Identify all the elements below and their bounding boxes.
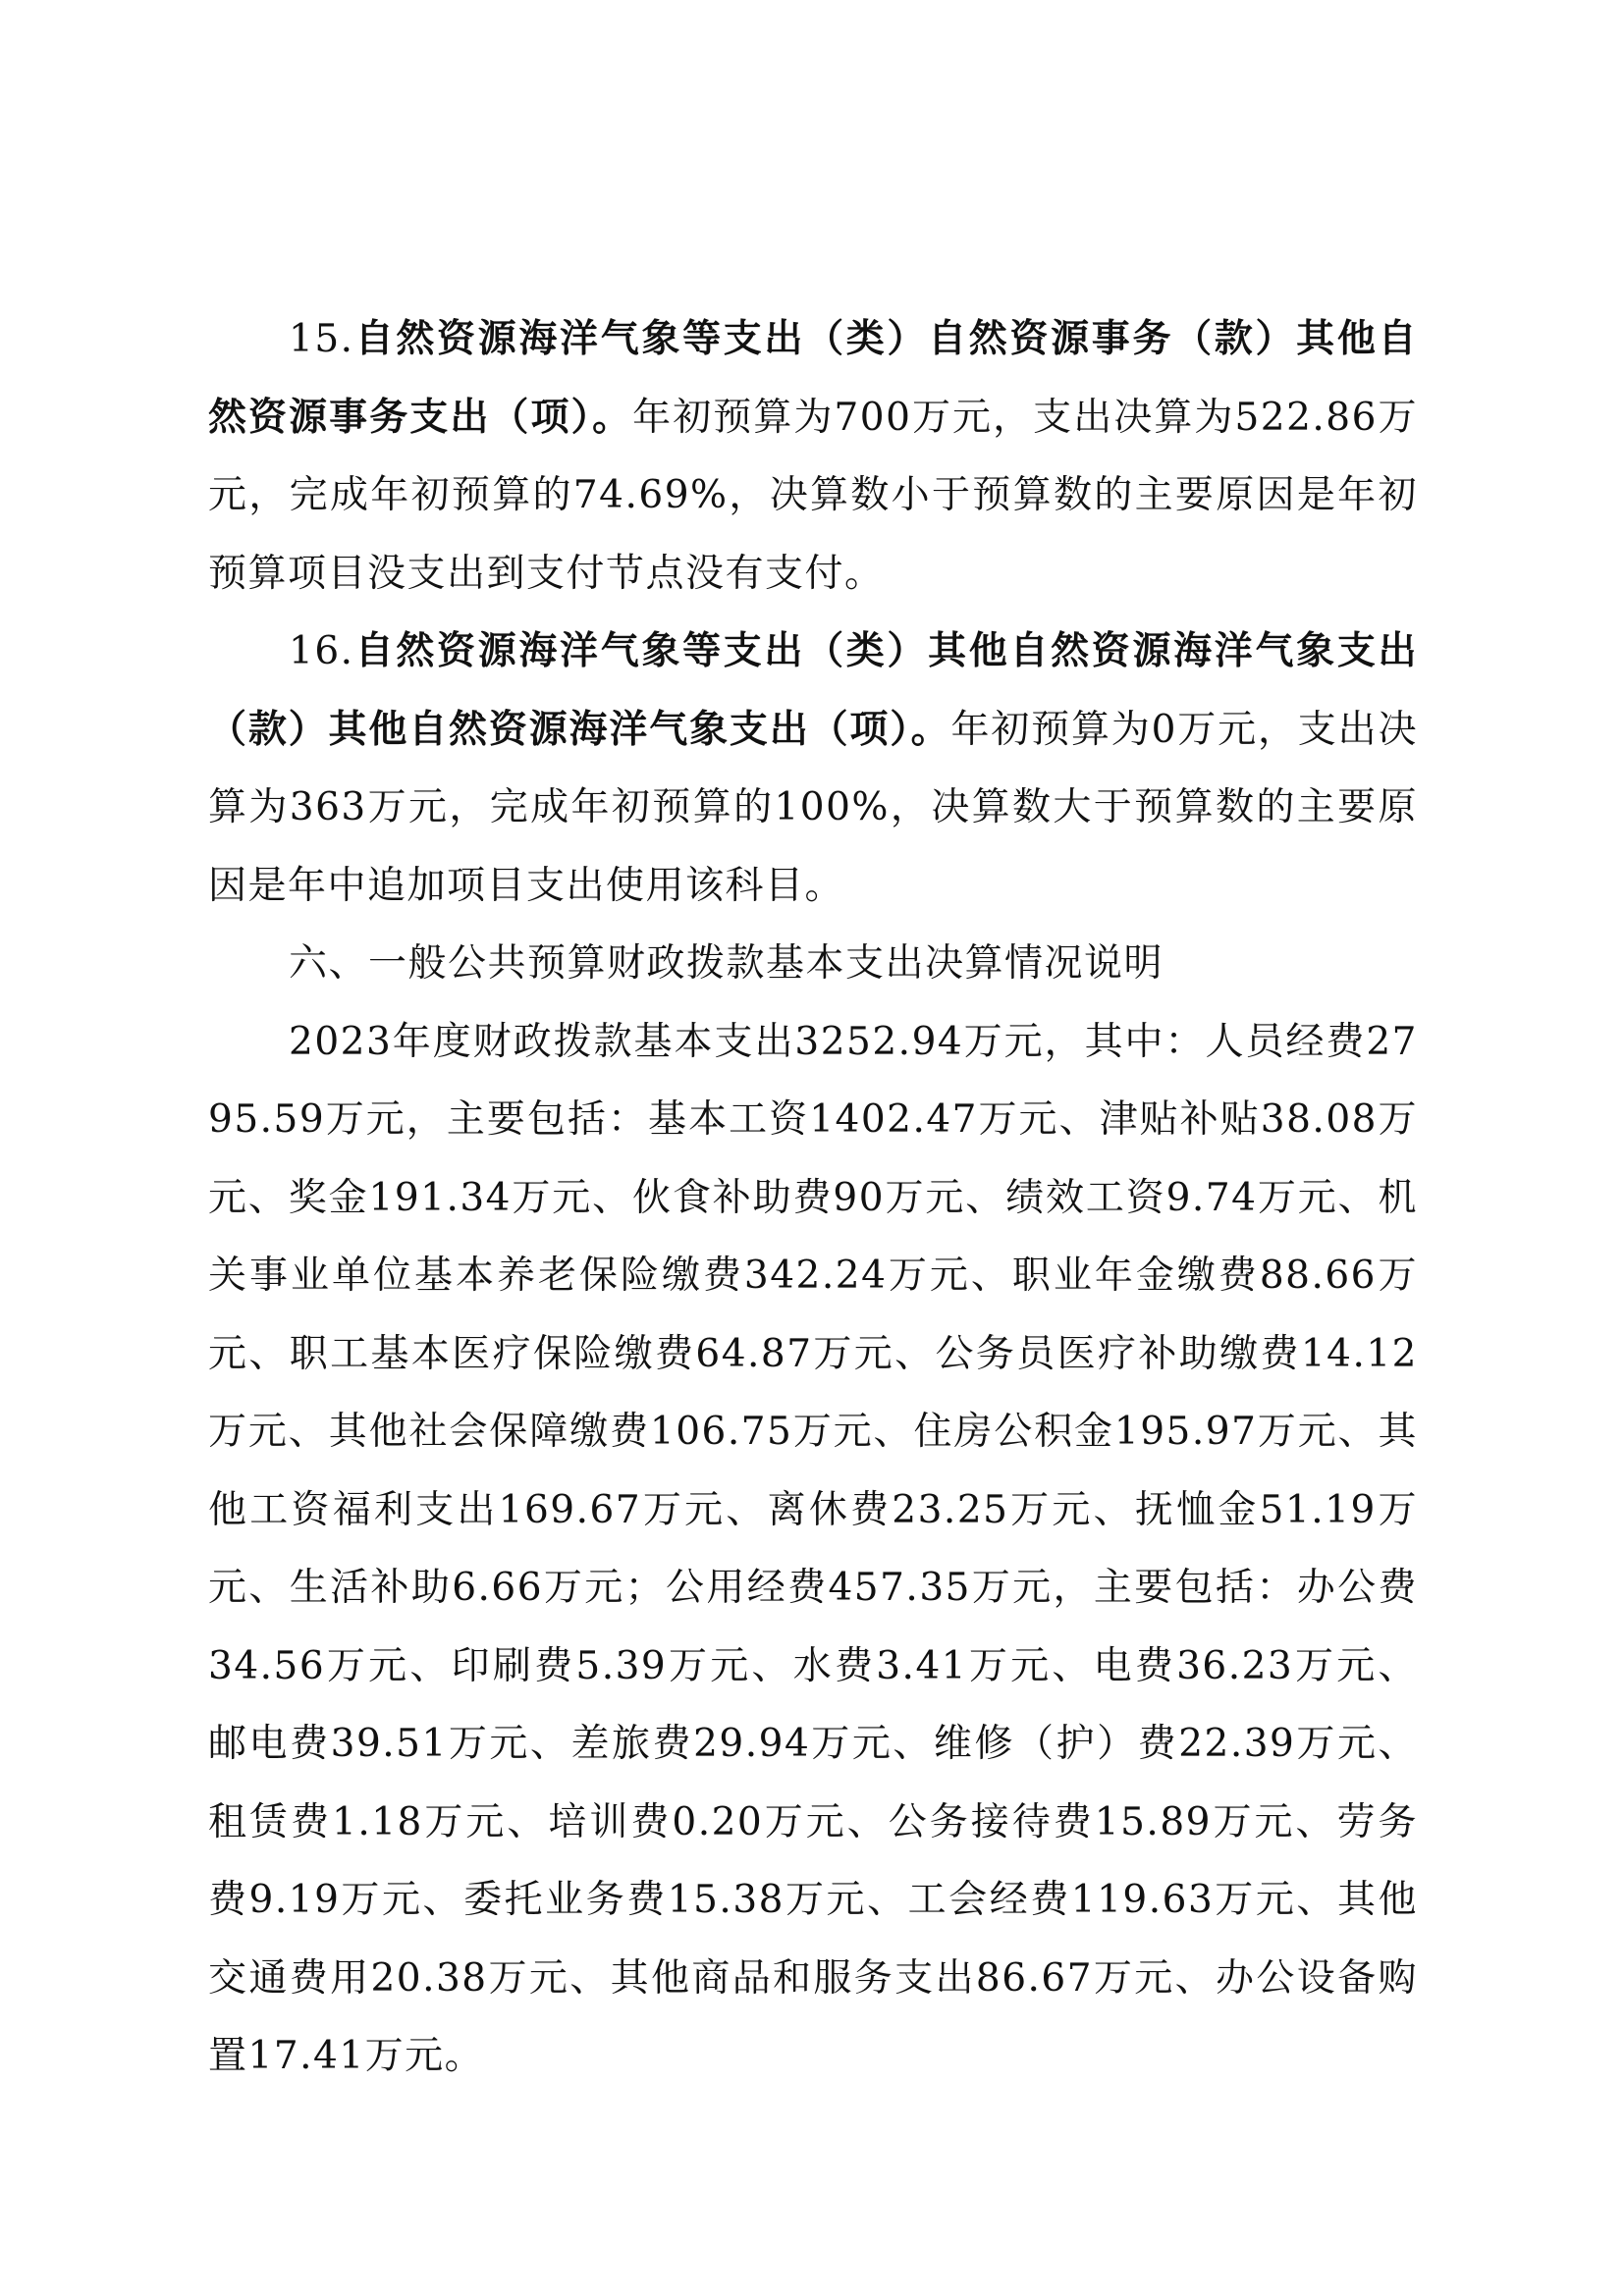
item-16-paragraph: 16.自然资源海洋气象等支出（类）其他自然资源海洋气象支出（款）其他自然资源海洋… bbox=[208, 613, 1418, 925]
item-15-number: 15. bbox=[289, 317, 354, 361]
section-heading: 六、一般公共预算财政拨款基本支出决算情况说明 bbox=[208, 925, 1418, 1003]
document-page: 15.自然资源海洋气象等支出（类）自然资源事务（款）其他自然资源事务支出（项）。… bbox=[208, 300, 1418, 2096]
section-body: 2023年度财政拨款基本支出3252.94万元，其中：人员经费2795.59万元… bbox=[208, 1003, 1418, 2096]
item-16-number: 16. bbox=[289, 629, 354, 673]
item-15-paragraph: 15.自然资源海洋气象等支出（类）自然资源事务（款）其他自然资源事务支出（项）。… bbox=[208, 300, 1418, 613]
